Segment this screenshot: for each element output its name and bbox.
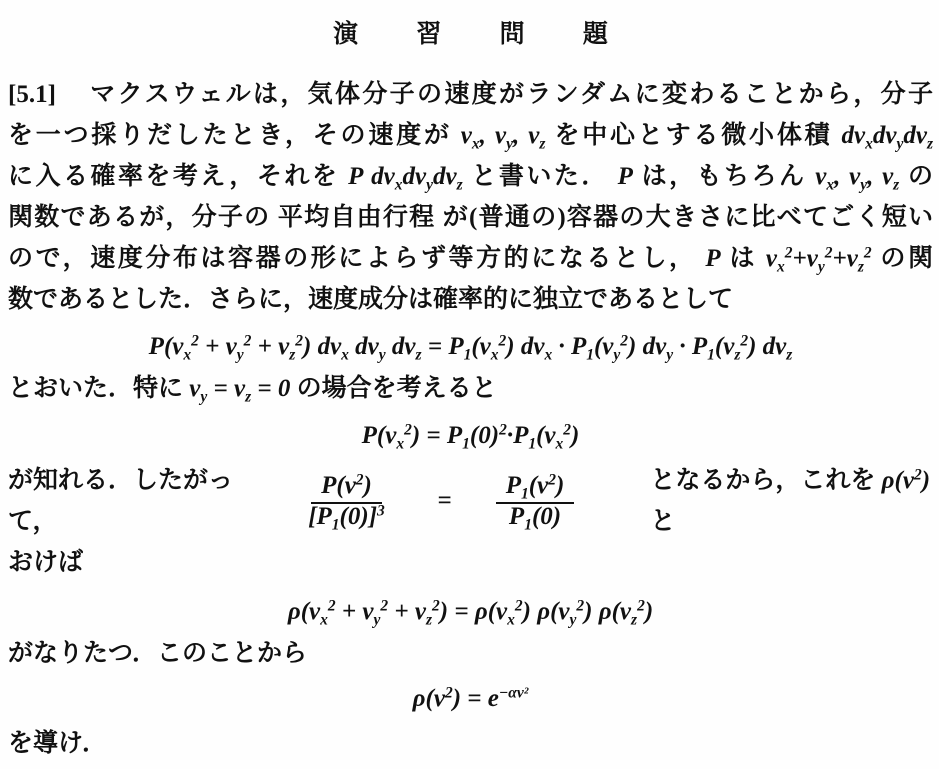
paragraph-line: [5.1]マクスウェルは，気体分子の速度がランダムに変わることから，分子 bbox=[8, 74, 933, 115]
paragraph-line: 数であるとした．さらに，速度成分は確率的に独立であるとして bbox=[8, 279, 933, 320]
paragraph-line: を導け． bbox=[8, 723, 933, 764]
fraction-denominator: P1(0) bbox=[499, 500, 571, 530]
fraction-numerator: P(v2) bbox=[311, 472, 382, 504]
line-text: おけば bbox=[8, 549, 83, 576]
fraction-left: P(v2) [P1(0)]3 bbox=[268, 470, 426, 533]
paragraph-line: ので，速度分布は容器の形によらず等方的になるとし， P は vx2+vy2+vz… bbox=[8, 238, 933, 279]
line-text: に入る確率を考え，それを P dvxdvydvz と書いた． P は，もちろん … bbox=[8, 163, 933, 190]
equation-special-case: P(vx2) = P1(0)2·P1(vx2) bbox=[8, 417, 933, 455]
paragraph-line: おけば bbox=[8, 542, 933, 583]
paragraph-line: 関数であるが，分子の 平均自由行程 が(普通の)容器の大きさに比べてごく短い bbox=[8, 197, 933, 238]
equation-factorization: P(vx2 + vy2 + vz2) dvx dvy dvz = P1(vx2)… bbox=[8, 328, 933, 366]
paragraph-line: がなりたつ．このことから bbox=[8, 633, 933, 674]
line-text: がなりたつ．このことから bbox=[8, 640, 307, 667]
line-text: 数であるとした．さらに，速度成分は確率的に独立であるとして bbox=[8, 286, 733, 313]
line-text: となるから，これを ρ(v2) と bbox=[650, 460, 933, 542]
equation-exponential: ρ(v2) = e−αv² bbox=[8, 680, 933, 718]
paragraph-line: を一つ採りだしたとき，その速度が vx, vy, vz を中心とする微小体積 d… bbox=[8, 115, 933, 156]
line-text: ので，速度分布は容器の形によらず等方的になるとし， P は vx2+vy2+vz… bbox=[8, 245, 933, 272]
fraction-line: が知れる．したがって， P(v2) [P1(0)]3 = P1(v2) P1(0… bbox=[8, 460, 933, 542]
equals-sign: = bbox=[437, 487, 451, 515]
line-text: マクスウェルは，気体分子の速度がランダムに変わることから，分子 bbox=[88, 81, 933, 108]
line-text: 関数であるが，分子の 平均自由行程 が(普通の)容器の大きさに比べてごく短い bbox=[8, 204, 933, 231]
line-text: を一つ採りだしたとき，その速度が vx, vy, vz を中心とする微小体積 d… bbox=[8, 122, 933, 149]
fraction-denominator: [P1(0)]3 bbox=[298, 500, 395, 530]
problem-number: [5.1] bbox=[8, 81, 56, 108]
line-text: とおいた．特に vy = vz = 0 の場合を考えると bbox=[8, 375, 497, 402]
fraction-right: P1(v2) P1(0) bbox=[464, 470, 607, 533]
fraction-numerator: P1(v2) bbox=[496, 472, 575, 504]
paragraph-line: に入る確率を考え，それを P dvxdvydvz と書いた． P は，もちろん … bbox=[8, 156, 933, 197]
page-title: 演 習 問 題 bbox=[8, 14, 933, 50]
textbook-page: 演 習 問 題 [5.1]マクスウェルは，気体分子の速度がランダムに変わることか… bbox=[0, 0, 939, 769]
line-text: を導け． bbox=[8, 730, 107, 757]
equation-rho-product: ρ(vx2 + vy2 + vz2) = ρ(vx2) ρ(vy2) ρ(vz2… bbox=[8, 593, 933, 631]
paragraph-line: とおいた．特に vy = vz = 0 の場合を考えると bbox=[8, 368, 933, 409]
line-text: が知れる．したがって， bbox=[8, 460, 258, 542]
